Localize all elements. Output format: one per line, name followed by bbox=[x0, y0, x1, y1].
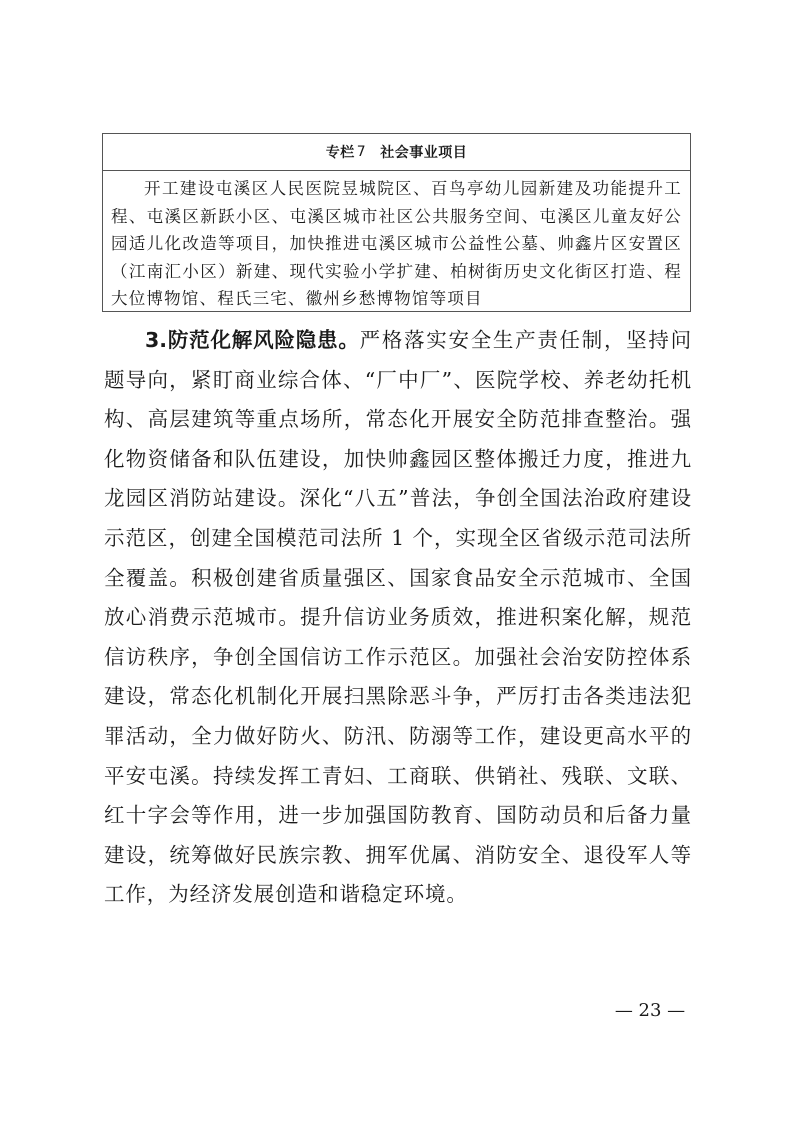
column-box-header: 专栏 7 社会事业项目 bbox=[103, 134, 690, 171]
column-title-prefix: 专栏 bbox=[326, 142, 355, 162]
section-heading: 3.防范化解风险隐患。 bbox=[145, 328, 360, 352]
column-title: 社会事业项目 bbox=[380, 142, 467, 162]
column-box-body: 开工建设屯溪区人民医院昱城院区、百鸟亭幼儿园新建及功能提升工程、屯溪区新跃小区、… bbox=[103, 171, 690, 313]
column-title-number: 7 bbox=[357, 144, 366, 160]
section-paragraph: 3.防范化解风险隐患。严格落实安全生产责任制，坚持问题导向，紧盯商业综合体、“厂… bbox=[104, 321, 692, 915]
document-page: 专栏 7 社会事业项目 开工建设屯溪区人民医院昱城院区、百鸟亭幼儿园新建及功能提… bbox=[0, 0, 794, 1122]
page-number: — 23 — bbox=[600, 1000, 700, 1021]
column-box: 专栏 7 社会事业项目 开工建设屯溪区人民医院昱城院区、百鸟亭幼儿园新建及功能提… bbox=[102, 133, 691, 312]
section-body-text: 严格落实安全生产责任制，坚持问题导向，紧盯商业综合体、“厂中厂”、医院学校、养老… bbox=[104, 328, 692, 906]
column-body-text: 开工建设屯溪区人民医院昱城院区、百鸟亭幼儿园新建及功能提升工程、屯溪区新跃小区、… bbox=[111, 175, 682, 313]
